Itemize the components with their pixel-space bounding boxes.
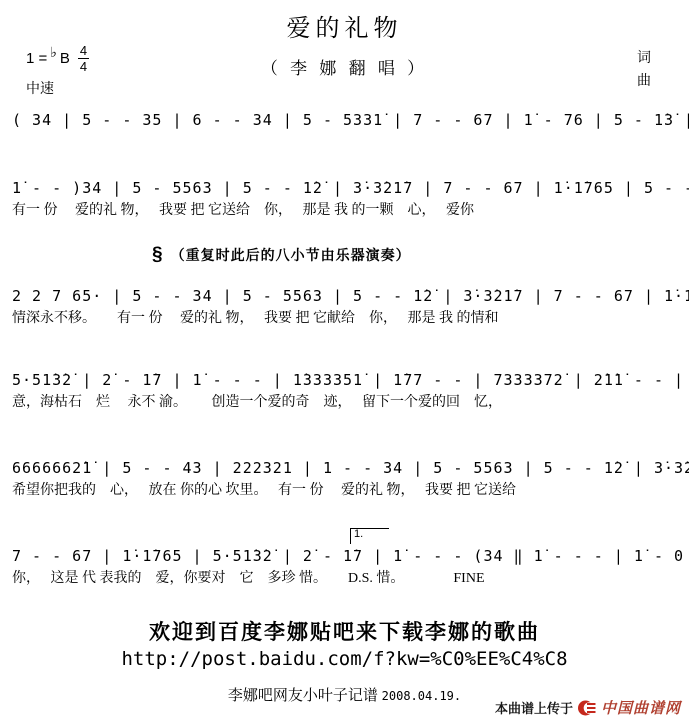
lyrics-line-2: 有一 份 爱的礼 物， 我要 把 它送给 你， 那是 我 的一颗 心， 爱你 xyxy=(12,202,680,220)
notation-line-6: 7 - - 67 | 1̇·1̇765 | 5·51̇3̇2̇ | 2̇ - 1… xyxy=(12,538,680,568)
key-prefix: 1 = xyxy=(26,50,47,67)
qupu-site-logo-icon xyxy=(578,700,596,716)
site-name: 中国曲谱网 xyxy=(601,697,681,718)
key-letter: B xyxy=(60,50,70,67)
segno-annotation: § （重复时此后的八小节由乐器演奏） xyxy=(152,244,411,266)
promo-url: http://post.baidu.com/f?kw=%C0%EE%C4%C8 xyxy=(0,648,689,670)
system-1: ( 34 | 5 - - 35 | 6 - - 34 | 5 - 5331̇ |… xyxy=(12,102,680,132)
notation-line-5: 6666662̇1̇ | 5 - - 43 | 222321 | 1 - - 3… xyxy=(12,450,680,480)
system-4: 5·51̇3̇2̇ | 2̇ - 1̇7 | 1̇ - - - | 1̇3333… xyxy=(12,362,680,412)
notation-line-1: ( 34 | 5 - - 35 | 6 - - 34 | 5 - 5331̇ |… xyxy=(12,102,680,132)
lyricist-composer-labels: 词 曲 xyxy=(637,46,651,92)
lyrics-line-3: 情深永不移。 有一 份 爱的礼 物， 我要 把 它献给 你， 那是 我 的情和 xyxy=(12,310,680,328)
lyrics-line-5: 希望你把我的 心， 放在 你的心 坎里。 有一 份 爱的礼 物， 我要 把 它送… xyxy=(12,482,680,500)
meter-denominator: 4 xyxy=(78,59,89,73)
uploader-label: 本曲谱上传于 xyxy=(495,698,573,717)
notation-line-2: 1̇ - - )34 | 5 - 5563 | 5 - - 1̇2̇ | 3̇·… xyxy=(12,170,680,200)
promo-text: 欢迎到百度李娜贴吧来下载李娜的歌曲 xyxy=(0,616,689,646)
transcriber-name: 李娜吧网友小叶子记谱 xyxy=(228,688,378,704)
system-5: 6666662̇1̇ | 5 - - 43 | 222321 | 1 - - 3… xyxy=(12,450,680,500)
system-3: 2 2 7 65· | 5 - - 34 | 5 - 5563 | 5 - - … xyxy=(12,278,680,328)
lyrics-line-6: 你， 这是 代 表我的 爱，你要对 它 多珍 惜。 D.S. 惜。 FINE xyxy=(12,570,680,588)
flat-icon: ♭ xyxy=(50,44,57,61)
lyrics-line-4: 意，海枯石 烂 永不 渝。 创造一个爱的奇 迹， 留下一个爱的回 忆， xyxy=(12,394,680,412)
notation-line-3: 2 2 7 65· | 5 - - 34 | 5 - 5563 | 5 - - … xyxy=(12,278,680,308)
repeat-instruction: （重复时此后的八小节由乐器演奏） xyxy=(171,245,411,265)
lyricist-label: 词 xyxy=(637,46,651,69)
transcription-date: 2008.04.19. xyxy=(382,689,461,703)
performer-subtitle: （ 李 娜 翻 唱 ） xyxy=(0,54,689,79)
notation-line-4: 5·51̇3̇2̇ | 2̇ - 1̇7 | 1̇ - - - | 1̇3333… xyxy=(12,362,680,392)
meter-numerator: 4 xyxy=(78,44,89,59)
sheet-music-page: 爱的礼物 （ 李 娜 翻 唱 ） 1 =♭B 4 4 中速 词 曲 ( 34 |… xyxy=(0,0,689,724)
tempo-marking: 中速 xyxy=(26,78,54,98)
page-title: 爱的礼物 xyxy=(0,8,689,43)
system-2: 1̇ - - )34 | 5 - 5563 | 5 - - 1̇2̇ | 3̇·… xyxy=(12,170,680,220)
composer-label: 曲 xyxy=(637,69,651,92)
system-6: 7 - - 67 | 1̇·1̇765 | 5·51̇3̇2̇ | 2̇ - 1… xyxy=(12,538,680,588)
key-signature: 1 =♭B 4 4 xyxy=(26,44,89,73)
uploader-row: 本曲谱上传于 中国曲谱网 xyxy=(495,697,681,718)
time-signature: 4 4 xyxy=(78,44,89,73)
segno-icon: § xyxy=(152,244,163,266)
